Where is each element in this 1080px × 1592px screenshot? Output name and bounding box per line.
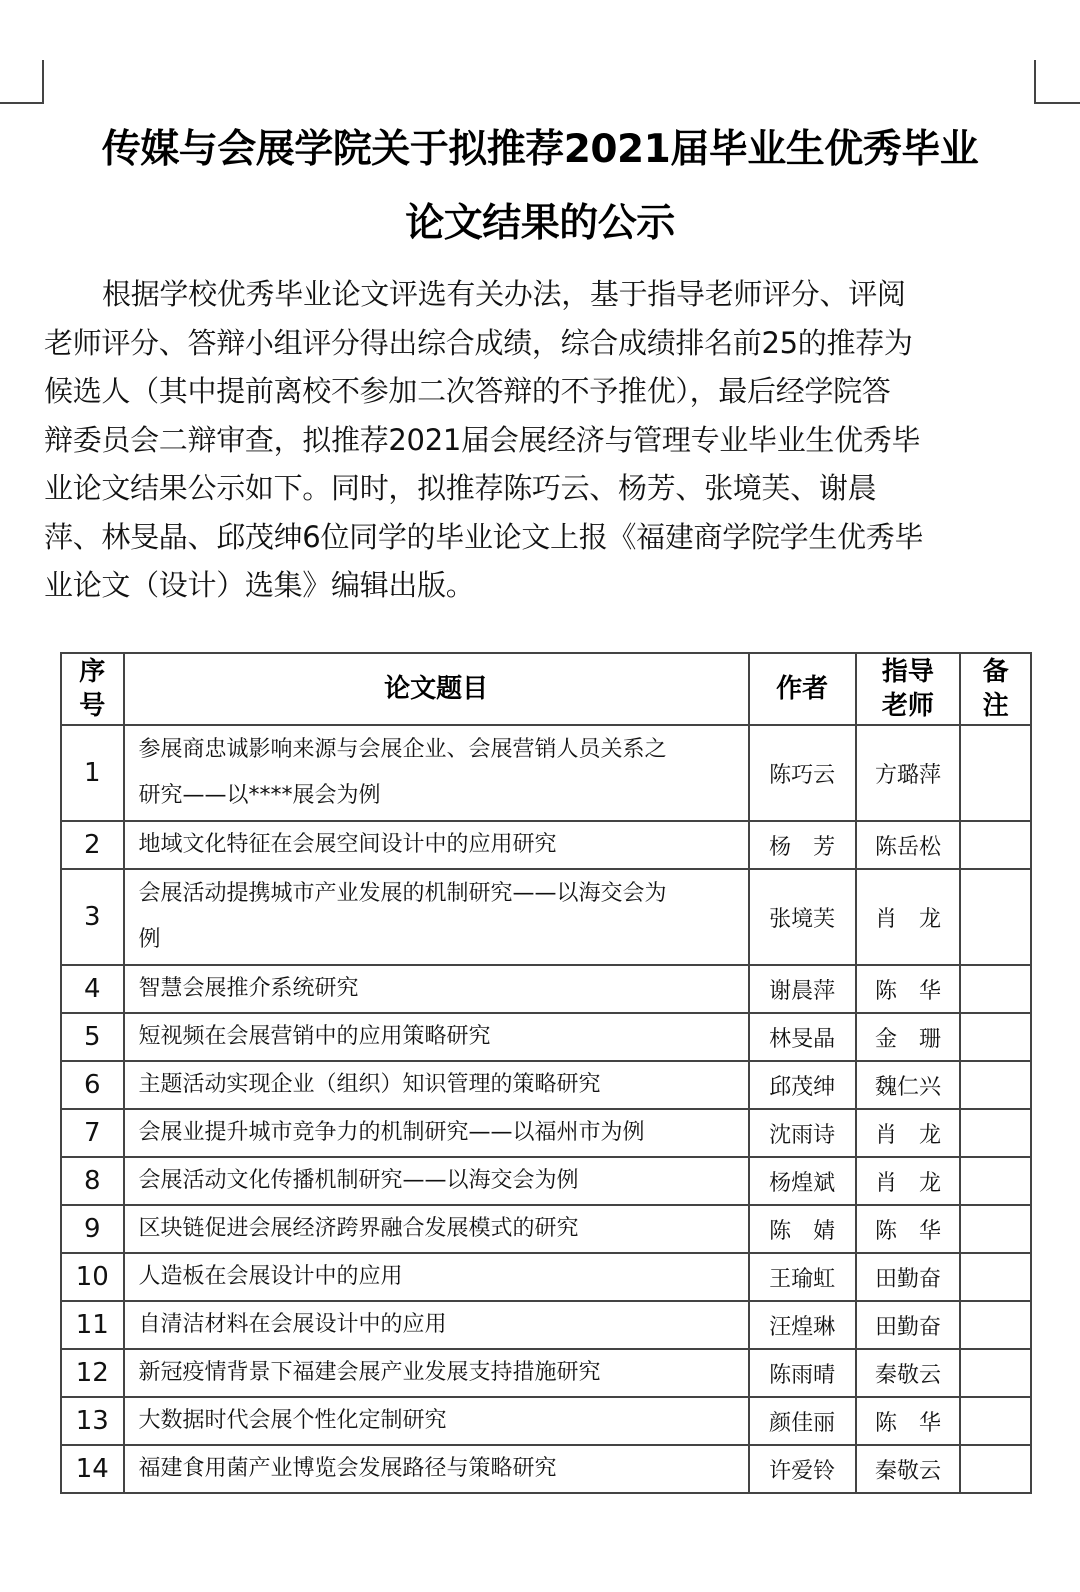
cell-advisor: 田勤奋 bbox=[856, 1253, 961, 1301]
cell-no: 2 bbox=[61, 821, 124, 869]
cell-author: 杨煌斌 bbox=[749, 1157, 856, 1205]
table-row: 6 主题活动实现企业（组织）知识管理的策略研究 邱茂绅 魏仁兴 bbox=[61, 1061, 1031, 1109]
paragraph-line: 业论文结果公示如下。同时，拟推荐陈巧云、杨芳、张境芙、谢晨 bbox=[44, 464, 1034, 513]
cell-note bbox=[960, 869, 1031, 965]
cell-author: 陈雨晴 bbox=[749, 1349, 856, 1397]
cell-advisor: 秦敬云 bbox=[856, 1445, 961, 1493]
cell-no: 1 bbox=[61, 725, 124, 821]
cell-author: 许爱铃 bbox=[749, 1445, 856, 1493]
cell-title: 主题活动实现企业（组织）知识管理的策略研究 bbox=[124, 1061, 749, 1109]
table-row: 11 自清洁材料在会展设计中的应用 汪煌琳 田勤奋 bbox=[61, 1301, 1031, 1349]
cell-no: 12 bbox=[61, 1349, 124, 1397]
cell-author: 颜佳丽 bbox=[749, 1397, 856, 1445]
paragraph-line: 萍、林旻晶、邱茂绅6位同学的毕业论文上报《福建商学院学生优秀毕 bbox=[44, 513, 1034, 562]
cell-note bbox=[960, 725, 1031, 821]
cell-note bbox=[960, 1253, 1031, 1301]
cell-no: 14 bbox=[61, 1445, 124, 1493]
cell-author: 汪煌琳 bbox=[749, 1301, 856, 1349]
cell-title: 自清洁材料在会展设计中的应用 bbox=[124, 1301, 749, 1349]
paragraph-line: 根据学校优秀毕业论文评选有关办法，基于指导老师评分、评阅 bbox=[44, 270, 1034, 319]
cell-author: 王瑜虹 bbox=[749, 1253, 856, 1301]
table-row: 7 会展业提升城市竞争力的机制研究——以福州市为例 沈雨诗 肖 龙 bbox=[61, 1109, 1031, 1157]
cell-no: 10 bbox=[61, 1253, 124, 1301]
cell-title: 会展活动提携城市产业发展的机制研究——以海交会为例 bbox=[124, 869, 749, 965]
cell-advisor: 陈 华 bbox=[856, 965, 961, 1013]
cell-note bbox=[960, 1445, 1031, 1493]
cell-title: 大数据时代会展个性化定制研究 bbox=[124, 1397, 749, 1445]
cell-author: 沈雨诗 bbox=[749, 1109, 856, 1157]
cell-title: 参展商忠诚影响来源与会展企业、会展营销人员关系之研究——以****展会为例 bbox=[124, 725, 749, 821]
page-corner-mark-top-left bbox=[0, 60, 44, 104]
cell-no: 13 bbox=[61, 1397, 124, 1445]
page-corner-mark-top-right bbox=[1034, 60, 1080, 104]
cell-author: 陈 婧 bbox=[749, 1205, 856, 1253]
table-row: 3 会展活动提携城市产业发展的机制研究——以海交会为例 张境芙 肖 龙 bbox=[61, 869, 1031, 965]
cell-advisor: 方璐萍 bbox=[856, 725, 961, 821]
paragraph-line: 候选人（其中提前离校不参加二次答辩的不予推优），最后经学院答 bbox=[44, 367, 1034, 416]
cell-advisor: 陈岳松 bbox=[856, 821, 961, 869]
cell-title: 地域文化特征在会展空间设计中的应用研究 bbox=[124, 821, 749, 869]
paragraph-line: 业论文（设计）选集》编辑出版。 bbox=[44, 561, 1034, 610]
paragraph-line: 辩委员会二辩审查，拟推荐2021届会展经济与管理专业毕业生优秀毕 bbox=[44, 416, 1034, 465]
cell-advisor: 秦敬云 bbox=[856, 1349, 961, 1397]
announcement-paragraph: 根据学校优秀毕业论文评选有关办法，基于指导老师评分、评阅 老师评分、答辩小组评分… bbox=[44, 270, 1034, 610]
cell-note bbox=[960, 1157, 1031, 1205]
cell-advisor: 肖 龙 bbox=[856, 1109, 961, 1157]
table-row: 9 区块链促进会展经济跨界融合发展模式的研究 陈 婧 陈 华 bbox=[61, 1205, 1031, 1253]
cell-no: 4 bbox=[61, 965, 124, 1013]
cell-advisor: 陈 华 bbox=[856, 1205, 961, 1253]
cell-title: 人造板在会展设计中的应用 bbox=[124, 1253, 749, 1301]
cell-author: 邱茂绅 bbox=[749, 1061, 856, 1109]
cell-note bbox=[960, 1301, 1031, 1349]
cell-title: 短视频在会展营销中的应用策略研究 bbox=[124, 1013, 749, 1061]
cell-title: 区块链促进会展经济跨界融合发展模式的研究 bbox=[124, 1205, 749, 1253]
cell-advisor: 肖 龙 bbox=[856, 869, 961, 965]
cell-no: 8 bbox=[61, 1157, 124, 1205]
cell-note bbox=[960, 1013, 1031, 1061]
cell-no: 6 bbox=[61, 1061, 124, 1109]
cell-author: 谢晨萍 bbox=[749, 965, 856, 1013]
cell-no: 11 bbox=[61, 1301, 124, 1349]
cell-title: 会展业提升城市竞争力的机制研究——以福州市为例 bbox=[124, 1109, 749, 1157]
document-title-line-2: 论文结果的公示 bbox=[40, 192, 1040, 248]
cell-author: 张境芙 bbox=[749, 869, 856, 965]
header-no: 序号 bbox=[61, 653, 124, 725]
cell-advisor: 肖 龙 bbox=[856, 1157, 961, 1205]
header-note: 备注 bbox=[960, 653, 1031, 725]
cell-author: 陈巧云 bbox=[749, 725, 856, 821]
table-row: 10 人造板在会展设计中的应用 王瑜虹 田勤奋 bbox=[61, 1253, 1031, 1301]
table-row: 5 短视频在会展营销中的应用策略研究 林旻晶 金 珊 bbox=[61, 1013, 1031, 1061]
table-row: 4 智慧会展推介系统研究 谢晨萍 陈 华 bbox=[61, 965, 1031, 1013]
cell-title: 智慧会展推介系统研究 bbox=[124, 965, 749, 1013]
cell-advisor: 金 珊 bbox=[856, 1013, 961, 1061]
header-author: 作者 bbox=[749, 653, 856, 725]
table-row: 13 大数据时代会展个性化定制研究 颜佳丽 陈 华 bbox=[61, 1397, 1031, 1445]
cell-no: 9 bbox=[61, 1205, 124, 1253]
header-advisor: 指导老师 bbox=[856, 653, 961, 725]
table-row: 2 地域文化特征在会展空间设计中的应用研究 杨 芳 陈岳松 bbox=[61, 821, 1031, 869]
cell-advisor: 陈 华 bbox=[856, 1397, 961, 1445]
cell-note bbox=[960, 1061, 1031, 1109]
cell-note bbox=[960, 1349, 1031, 1397]
table-header-row: 序号 论文题目 作者 指导老师 备注 bbox=[61, 653, 1031, 725]
cell-author: 杨 芳 bbox=[749, 821, 856, 869]
cell-note bbox=[960, 1397, 1031, 1445]
cell-advisor: 田勤奋 bbox=[856, 1301, 961, 1349]
cell-title: 福建食用菌产业博览会发展路径与策略研究 bbox=[124, 1445, 749, 1493]
paragraph-line: 老师评分、答辩小组评分得出综合成绩，综合成绩排名前25的推荐为 bbox=[44, 319, 1034, 368]
table-row: 8 会展活动文化传播机制研究——以海交会为例 杨煌斌 肖 龙 bbox=[61, 1157, 1031, 1205]
document-title-line-1: 传媒与会展学院关于拟推荐2021届毕业生优秀毕业 bbox=[40, 118, 1040, 174]
cell-note bbox=[960, 1109, 1031, 1157]
thesis-results-table: 序号 论文题目 作者 指导老师 备注 1 参展商忠诚影响来源与会展企业、会展营销… bbox=[60, 652, 1032, 1494]
cell-note bbox=[960, 1205, 1031, 1253]
table-row: 12 新冠疫情背景下福建会展产业发展支持措施研究 陈雨晴 秦敬云 bbox=[61, 1349, 1031, 1397]
cell-no: 5 bbox=[61, 1013, 124, 1061]
cell-advisor: 魏仁兴 bbox=[856, 1061, 961, 1109]
table-row: 1 参展商忠诚影响来源与会展企业、会展营销人员关系之研究——以****展会为例 … bbox=[61, 725, 1031, 821]
cell-note bbox=[960, 821, 1031, 869]
cell-note bbox=[960, 965, 1031, 1013]
cell-title: 新冠疫情背景下福建会展产业发展支持措施研究 bbox=[124, 1349, 749, 1397]
cell-author: 林旻晶 bbox=[749, 1013, 856, 1061]
header-title: 论文题目 bbox=[124, 653, 749, 725]
cell-no: 7 bbox=[61, 1109, 124, 1157]
table-row: 14 福建食用菌产业博览会发展路径与策略研究 许爱铃 秦敬云 bbox=[61, 1445, 1031, 1493]
cell-title: 会展活动文化传播机制研究——以海交会为例 bbox=[124, 1157, 749, 1205]
cell-no: 3 bbox=[61, 869, 124, 965]
